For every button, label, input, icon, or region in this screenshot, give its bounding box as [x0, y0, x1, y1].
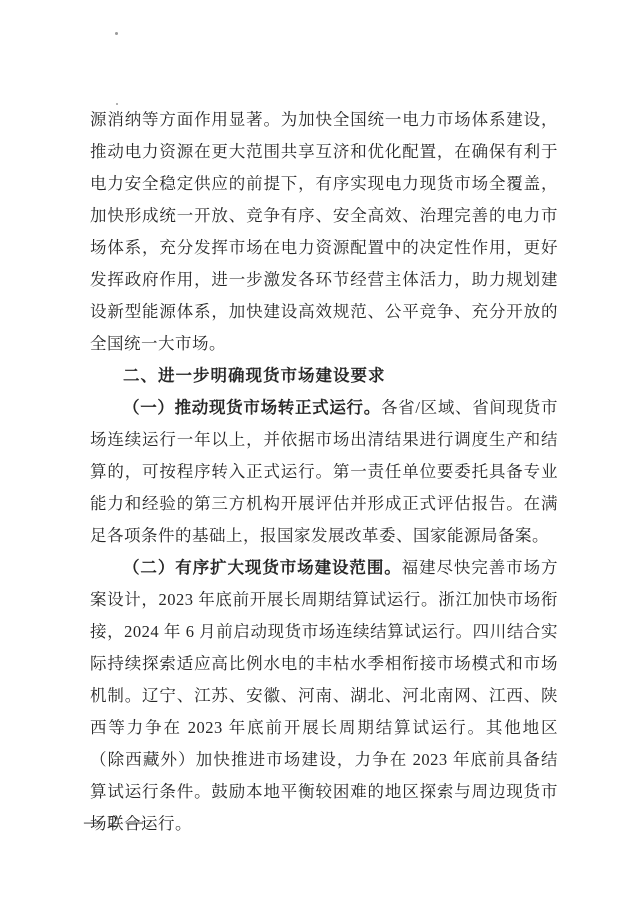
scanned-document-page: 源消纳等方面作用显著。为加快全国统一电力市场体系建设，推动电力资源在更大范围共享… [0, 0, 640, 907]
scan-artifact-speck [115, 32, 118, 35]
document-body: 源消纳等方面作用显著。为加快全国统一电力市场体系建设，推动电力资源在更大范围共享… [90, 104, 558, 840]
item-two-lead: （二）有序扩大现货市场建设范围。 [123, 558, 402, 577]
continuation-paragraph: 源消纳等方面作用显著。为加快全国统一电力市场体系建设，推动电力资源在更大范围共享… [90, 104, 558, 360]
item-paragraph-one: （一）推动现货市场转正式运行。各省/区域、省间现货市场连续运行一年以上，并依据市… [90, 392, 558, 552]
item-one-lead: （一）推动现货市场转正式运行。 [123, 398, 381, 417]
item-two-body: 福建尽快完善市场方案设计，2023 年底前开展长周期结算试运行。浙江加快市场衔接… [90, 558, 558, 833]
item-one-body: 各省/区域、省间现货市场连续运行一年以上，并依据市场出清结果进行调度生产和结算的… [90, 398, 558, 545]
section-heading: 二、进一步明确现货市场建设要求 [90, 360, 558, 392]
page-number: — 2 — [84, 806, 145, 838]
item-paragraph-two: （二）有序扩大现货市场建设范围。福建尽快完善市场方案设计，2023 年底前开展长… [90, 552, 558, 840]
